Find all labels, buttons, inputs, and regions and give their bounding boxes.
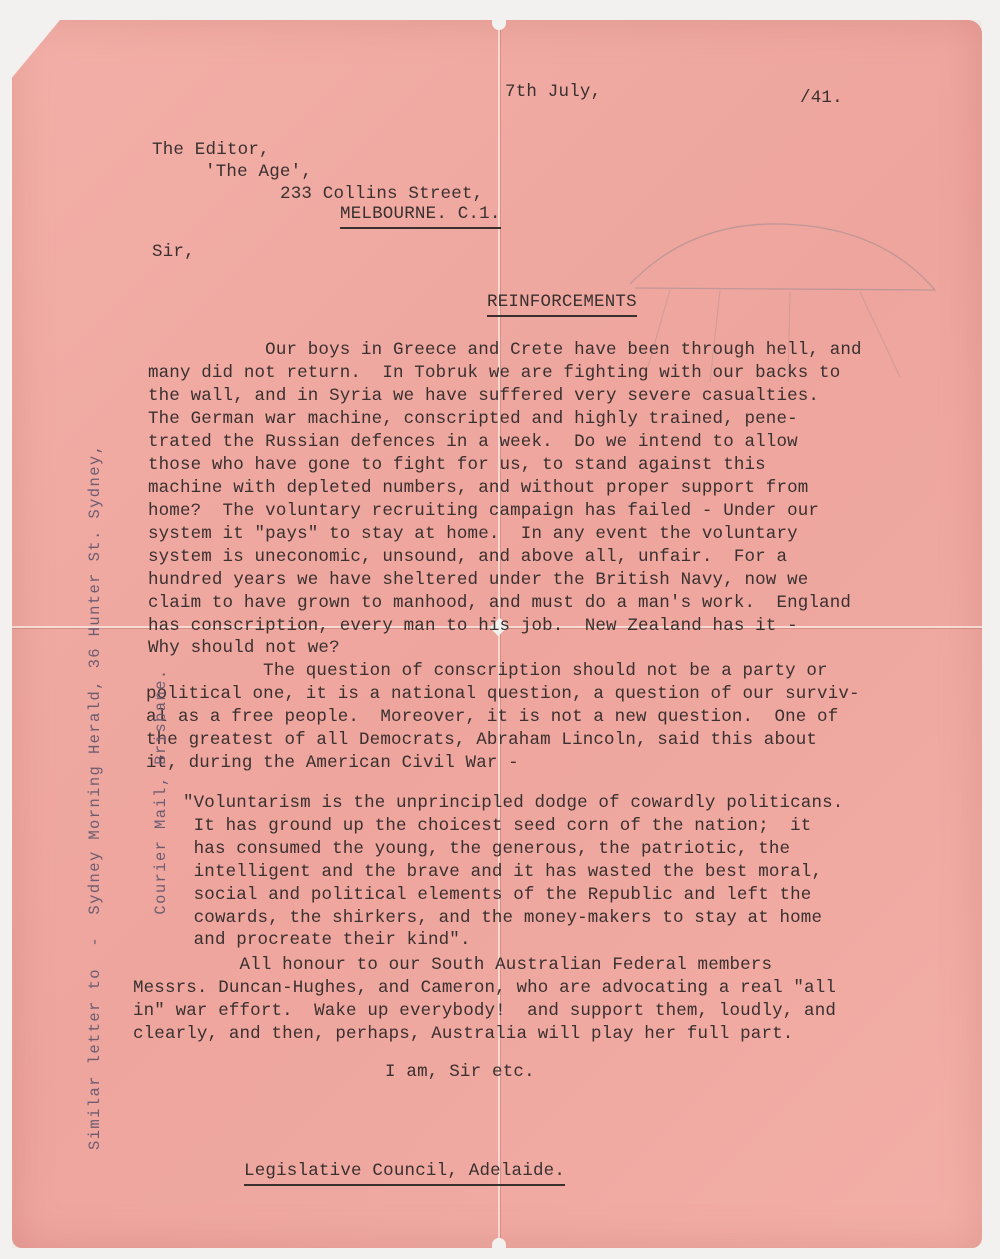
paragraph-line: home? The voluntary recruiting campaign … [148, 500, 819, 524]
quote-line: has consumed the young, the generous, th… [183, 838, 790, 862]
quote-line: cowards, the shirkers, and the money-mak… [183, 907, 822, 931]
paragraph-line: Messrs. Duncan-Hughes, and Cameron, who … [133, 977, 836, 1001]
paragraph-line: system is uneconomic, unsound, and above… [148, 546, 787, 570]
recipient-line-1: The Editor, [152, 138, 270, 162]
paragraph-line: the wall, and in Syria we have suffered … [148, 385, 819, 409]
recipient-line-2: 'The Age', [205, 160, 312, 184]
letter-year: /41. [800, 86, 843, 110]
quote-line: "Voluntarism is the unprincipled dodge o… [183, 792, 843, 816]
recipient-line-4: MELBOURNE. C.1. [340, 202, 501, 229]
quote-line: intelligent and the brave and it has was… [183, 861, 822, 885]
quote-line: social and political elements of the Rep… [183, 884, 811, 908]
torn-corner [10, 20, 60, 80]
side-note: Similar letter to - Sydney Morning Heral… [40, 444, 194, 1150]
paragraph-line: political one, it is a national question… [146, 683, 860, 707]
paragraph-line: al as a free people. Moreover, it is not… [146, 706, 838, 730]
side-note-line-1: Similar letter to - Sydney Morning Heral… [84, 444, 106, 1150]
paragraph-line: many did not return. In Tobruk we are fi… [148, 362, 840, 386]
closing: I am, Sir etc. [385, 1060, 535, 1084]
paragraph-line: claim to have grown to manhood, and must… [148, 592, 851, 616]
paragraph-line: it, during the American Civil War - [146, 752, 519, 776]
paragraph-line: hundred years we have sheltered under th… [148, 569, 808, 593]
signature-block: Legislative Council, Adelaide. [244, 1159, 565, 1186]
paragraph-line: those who have gone to fight for us, to … [148, 454, 766, 478]
paragraph-line: clearly, and then, perhaps, Australia wi… [133, 1023, 793, 1047]
quote-line: It has ground up the choicest seed corn … [183, 815, 811, 839]
paragraph-line: trated the Russian defences in a week. D… [148, 431, 798, 455]
paragraph-line: The German war machine, conscripted and … [148, 408, 798, 432]
paragraph-line: in" war effort. Wake up everybody! and s… [133, 1000, 836, 1024]
paragraph-line: has conscription, every man to his job. … [148, 615, 798, 639]
salutation: Sir, [152, 240, 195, 264]
fold-notch-bottom [492, 1238, 506, 1252]
paragraph-line: All honour to our South Australian Feder… [133, 954, 772, 978]
paragraph-line: The question of conscription should not … [146, 660, 828, 684]
paragraph-line: system it "pays" to stay at home. In any… [148, 523, 798, 547]
quote-line: and procreate their kind". [183, 929, 471, 953]
side-note-line-2: Courier Mail, Brisbane. [150, 444, 172, 1150]
paragraph-line: machine with depleted numbers, and witho… [148, 477, 808, 501]
letter-date: 7th July, [505, 80, 601, 104]
paragraph-line: Our boys in Greece and Crete have been t… [148, 339, 862, 363]
paragraph-line: the greatest of all Democrats, Abraham L… [146, 729, 817, 753]
letter-heading: REINFORCEMENTS [487, 290, 637, 317]
fold-notch-top [492, 16, 506, 30]
